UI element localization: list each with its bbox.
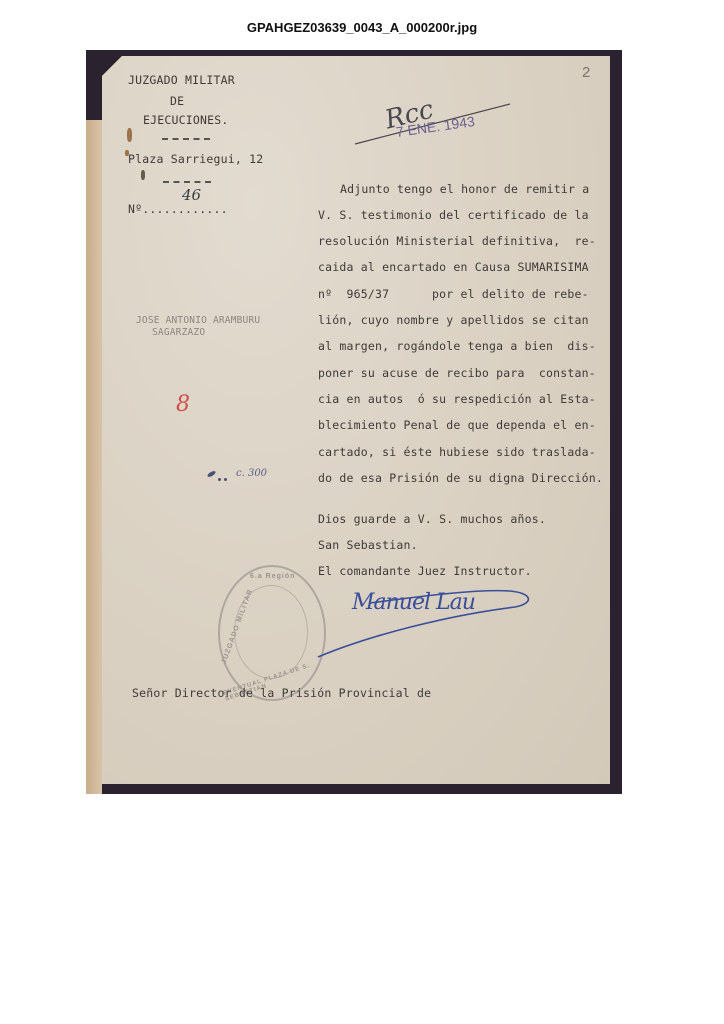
rust-stain [127,128,132,142]
body-line-10: blecimiento Penal de que dependa el en- [318,418,596,432]
body-line-11: cartado, si éste hubiese sido traslada- [318,445,596,459]
letterhead-line2: DE [170,94,184,108]
red-pencil-mark: 8 [176,392,190,417]
letterhead-divider-1 [162,138,210,140]
margin-name-line2: SAGARZAZO [152,327,205,338]
file-title: GPAHGEZ03639_0043_A_000200r.jpg [0,20,724,35]
body-line-6: lión, cuyo nombre y apellidos se citan [318,313,589,327]
page-number: 2 [582,64,590,81]
place-name: San Sebastian. [318,538,418,552]
reference-number-label: Nº............ [128,202,228,216]
blue-ink-scribble: c. 300 [236,468,267,479]
body-line-12: do de esa Prisión de su digna Dirección. [318,471,603,485]
letterhead-line3: EJECUCIONES. [143,113,228,127]
body-line-5: nº 965/37 por el delito de rebe- [318,287,589,301]
signatory-title: El comandante Juez Instructor. [318,564,532,578]
closing-salutation: Dios guarde a V. S. muchos años. [318,512,546,526]
rust-stain [141,170,145,180]
body-line-3: resolución Ministerial definitiva, re- [318,234,596,248]
letterhead-divider-2 [163,181,211,183]
body-line-7: al margen, rogándole tenga a bien dis- [318,339,596,353]
margin-name-line1: JOSE ANTONIO ARAMBURU [136,315,260,326]
seal-top-text: 6.a Región [250,573,295,580]
body-line-9: cia en autos ó su respedición al Esta- [318,392,596,406]
letterhead-line1: JUZGADO MILITAR [128,73,235,87]
letterhead-address: Plaza Sarriegui, 12 [128,152,263,166]
ink-spot [224,478,227,481]
rust-stain [125,150,129,156]
body-line-8: poner su acuse de recibo para constan- [318,366,596,380]
addressee-line: Señor Director de la Prisión Provincial … [132,686,431,700]
body-line-4: caida al encartado en Causa SUMARISIMA [318,260,589,274]
ink-spot [218,478,221,481]
body-line-2: V. S. testimonio del certificado de la [318,208,589,222]
paper-edge-strip [86,120,102,794]
body-line-1: Adjunto tengo el honor de remitir a [340,182,589,196]
signature-flourish [310,585,540,665]
